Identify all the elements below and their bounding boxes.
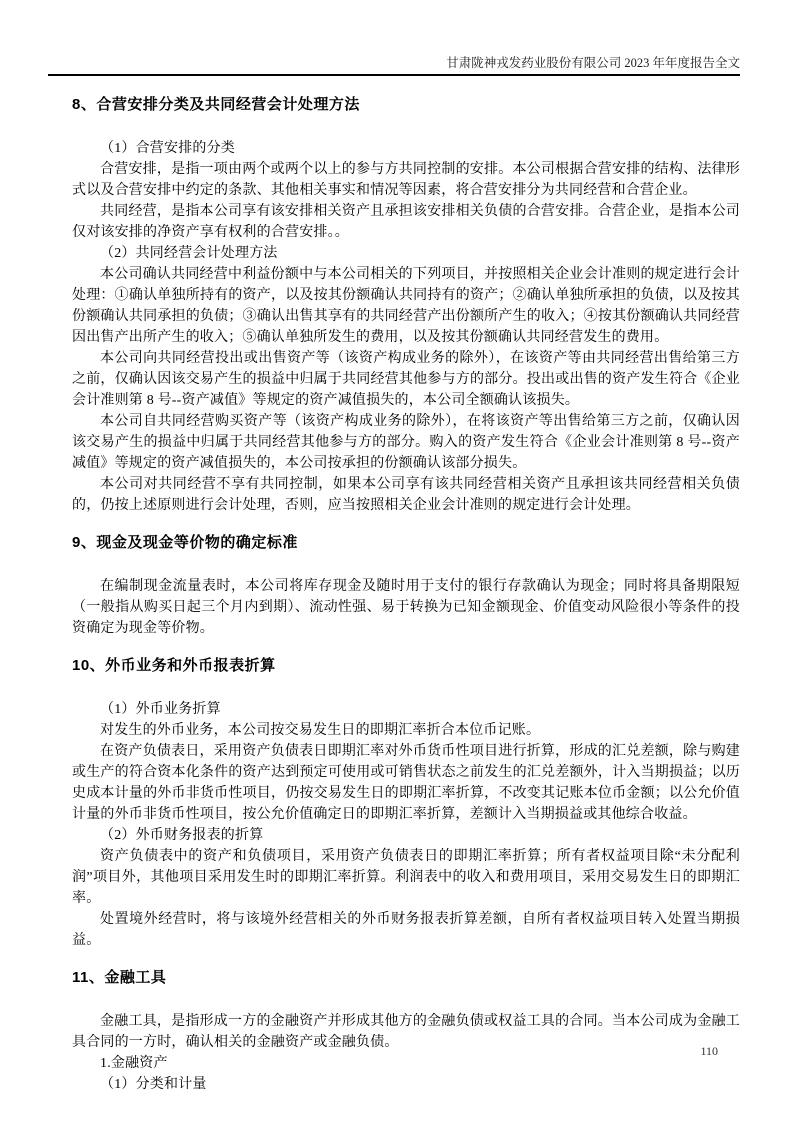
paragraph: 在编制现金流量表时，本公司将库存现金及随时用于支付的银行存款确认为现金；同时将具… xyxy=(72,576,740,639)
page-header-title: 甘肃陇神戎发药业股份有限公司 2023 年年度报告全文 xyxy=(48,56,740,76)
report-section: 8、合营安排分类及共同经营会计处理方法（1）合营安排的分类合营安排，是指一项由两… xyxy=(72,95,740,516)
paragraph: （1）分类和计量 xyxy=(72,1074,740,1095)
paragraph: 本公司确认共同经营中利益份额中与本公司相关的下列项目，并按照相关企业会计准则的规… xyxy=(72,264,740,348)
paragraph: （2）外币财务报表的折算 xyxy=(72,825,740,846)
paragraph: 共同经营，是指本公司享有该安排相关资产且承担该安排相关负债的合营安排。合营企业，… xyxy=(72,201,740,243)
report-section: 11、金融工具金融工具，是指形成一方的金融资产并形成其他方的金融负债或权益工具的… xyxy=(72,968,740,1095)
paragraph: 金融工具，是指形成一方的金融资产并形成其他方的金融负债或权益工具的合同。当本公司… xyxy=(72,1011,740,1053)
report-section: 10、外币业务和外币报表折算（1）外币业务折算对发生的外币业务，本公司按交易发生… xyxy=(72,656,740,951)
paragraph: （1）合营安排的分类 xyxy=(72,138,740,159)
paragraph: 本公司对共同经营不享有共同控制，如果本公司享有该共同经营相关资产且承担该共同经营… xyxy=(72,474,740,516)
paragraph: 本公司自共同经营购买资产等（该资产构成业务的除外），在将该资产等出售给第三方之前… xyxy=(72,411,740,474)
paragraph: 资产负债表中的资产和负债项目，采用资产负债表日的即期汇率折算；所有者权益项目除“… xyxy=(72,846,740,909)
section-heading: 9、现金及现金等价物的确定标准 xyxy=(72,533,740,553)
paragraph: 处置境外经营时，将与该境外经营相关的外币财务报表折算差额，自所有者权益项目转入处… xyxy=(72,909,740,951)
paragraph: 对发生的外币业务，本公司按交易发生日的即期汇率折合本位币记账。 xyxy=(72,720,740,741)
section-heading: 11、金融工具 xyxy=(72,968,740,988)
paragraph: （1）外币业务折算 xyxy=(72,699,740,720)
paragraph: 合营安排，是指一项由两个或两个以上的参与方共同控制的安排。本公司根据合营安排的结… xyxy=(72,159,740,201)
paragraph: 1.金融资产 xyxy=(72,1053,740,1074)
section-heading: 10、外币业务和外币报表折算 xyxy=(72,656,740,676)
paragraph: （2）共同经营会计处理方法 xyxy=(72,243,740,264)
document-body: 8、合营安排分类及共同经营会计处理方法（1）合营安排的分类合营安排，是指一项由两… xyxy=(72,78,740,1095)
page-number: 110 xyxy=(700,1044,718,1059)
section-heading: 8、合营安排分类及共同经营会计处理方法 xyxy=(72,95,740,115)
paragraph: 在资产负债表日，采用资产负债表日即期汇率对外币货币性项目进行折算，形成的汇兑差额… xyxy=(72,741,740,825)
report-page: { "header": { "title": "甘肃陇神戎发药业股份有限公司 2… xyxy=(0,0,793,1122)
report-section: 9、现金及现金等价物的确定标准在编制现金流量表时，本公司将库存现金及随时用于支付… xyxy=(72,533,740,639)
paragraph: 本公司向共同经营投出或出售资产等（该资产构成业务的除外），在该资产等由共同经营出… xyxy=(72,348,740,411)
